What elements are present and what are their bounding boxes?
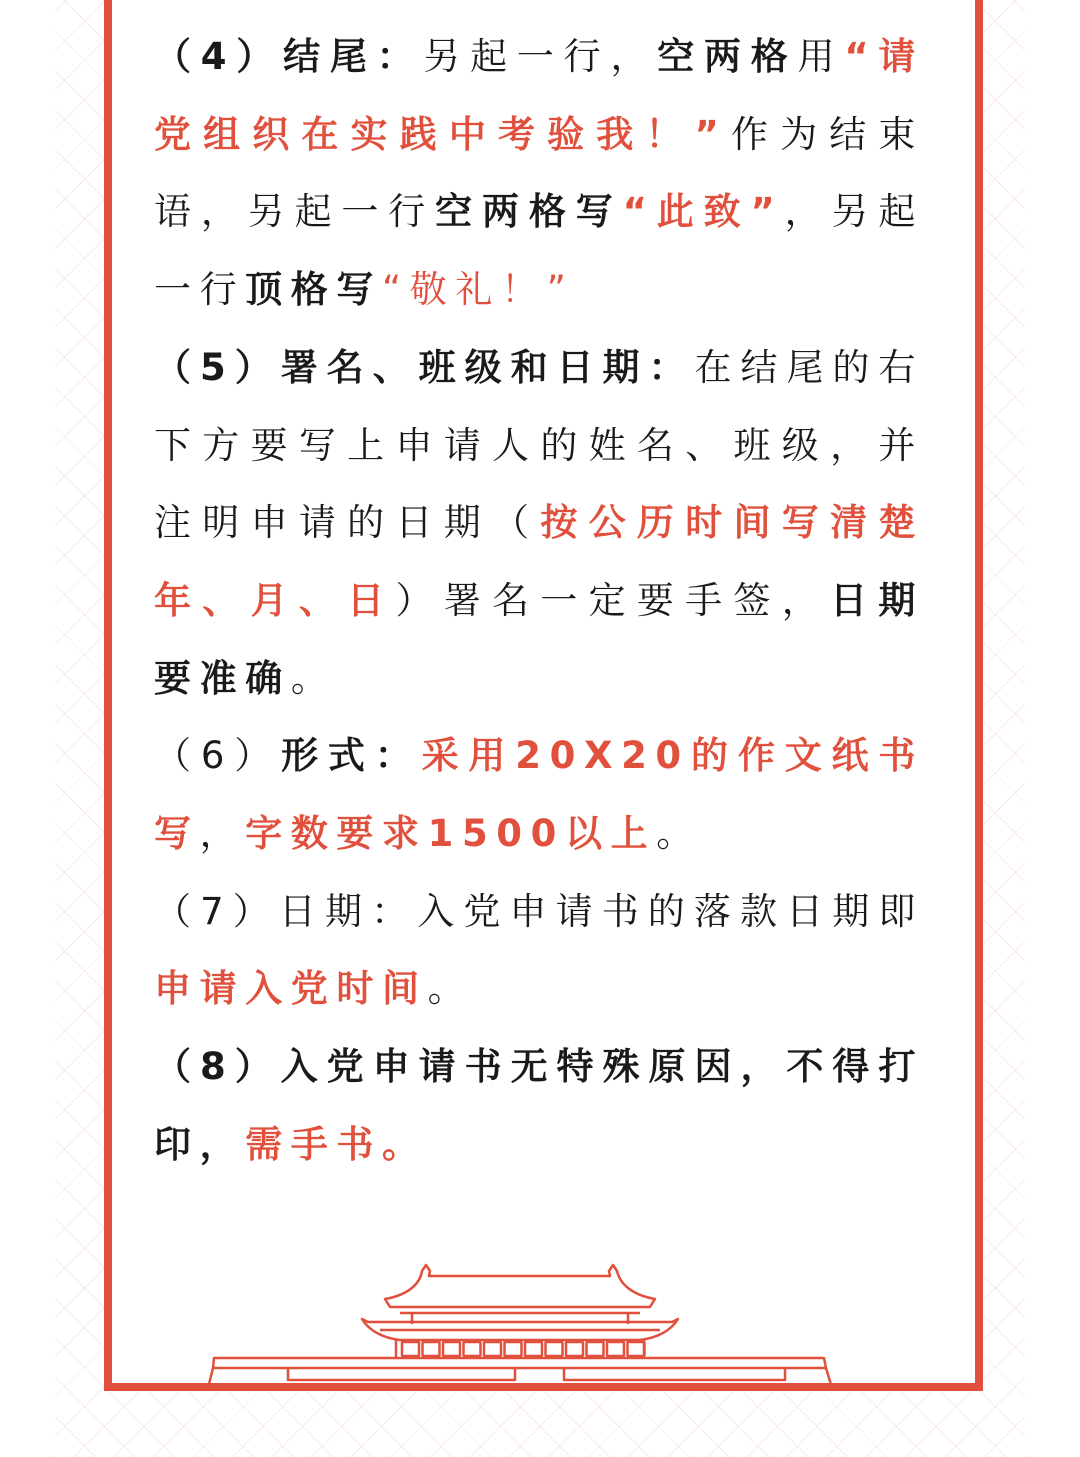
highlight-segment: 申请入党时间	[154, 967, 428, 1010]
text-segment: 。	[656, 812, 702, 855]
text-segment: ，	[200, 812, 246, 855]
highlight-segment: 字数要求1500以上	[245, 812, 656, 855]
item-heading: 署名、	[281, 346, 419, 389]
item-number: （6）	[154, 734, 281, 777]
tiananmen-gate-icon	[200, 1262, 880, 1392]
text-segment: 用	[798, 35, 845, 78]
paragraph-item-5: （5）署名、班级和日期：在结尾的右下方要写上申请人的姓名、班级，并注明申请的日期…	[154, 329, 924, 718]
highlight-segment: “此致”	[623, 190, 784, 233]
item-heading: 结尾：	[283, 35, 423, 78]
item-number: （4）	[154, 35, 283, 78]
text-segment: ）署名一定要手签，	[395, 579, 830, 622]
emphasis-segment: 顶格写	[245, 268, 382, 311]
emphasis-segment: 空两格	[657, 35, 797, 78]
paragraph-item-7: （7）日期：入党申请书的落款日期即申请入党时间。	[154, 873, 924, 1028]
text-segment: 。	[291, 657, 337, 700]
paragraph-item-6: （6）形式：采用20X20的作文纸书写，字数要求1500以上。	[154, 717, 924, 872]
document-body: （4）结尾：另起一行，空两格用“请党组织在实践中考验我！”作为结束语，另起一行空…	[154, 18, 924, 1184]
highlight-segment: 需手书。	[245, 1123, 427, 1166]
item-heading: 班级和日期：	[419, 346, 695, 389]
emphasis-segment: 空两格写	[435, 190, 622, 233]
text-segment: 。	[428, 967, 474, 1010]
item-heading: 形式：	[281, 734, 422, 777]
window-row	[402, 1342, 645, 1356]
highlight-segment: “敬礼！”	[382, 268, 574, 311]
text-segment: 另起一行，	[423, 35, 657, 78]
paragraph-item-8: （8）入党申请书无特殊原因，不得打印，需手书。	[154, 1028, 924, 1183]
text-segment: （7）日期：入党申请书的落款日期即	[154, 890, 924, 933]
paragraph-item-4: （4）结尾：另起一行，空两格用“请党组织在实践中考验我！”作为结束语，另起一行空…	[154, 18, 924, 329]
item-number: （5）	[154, 346, 281, 389]
